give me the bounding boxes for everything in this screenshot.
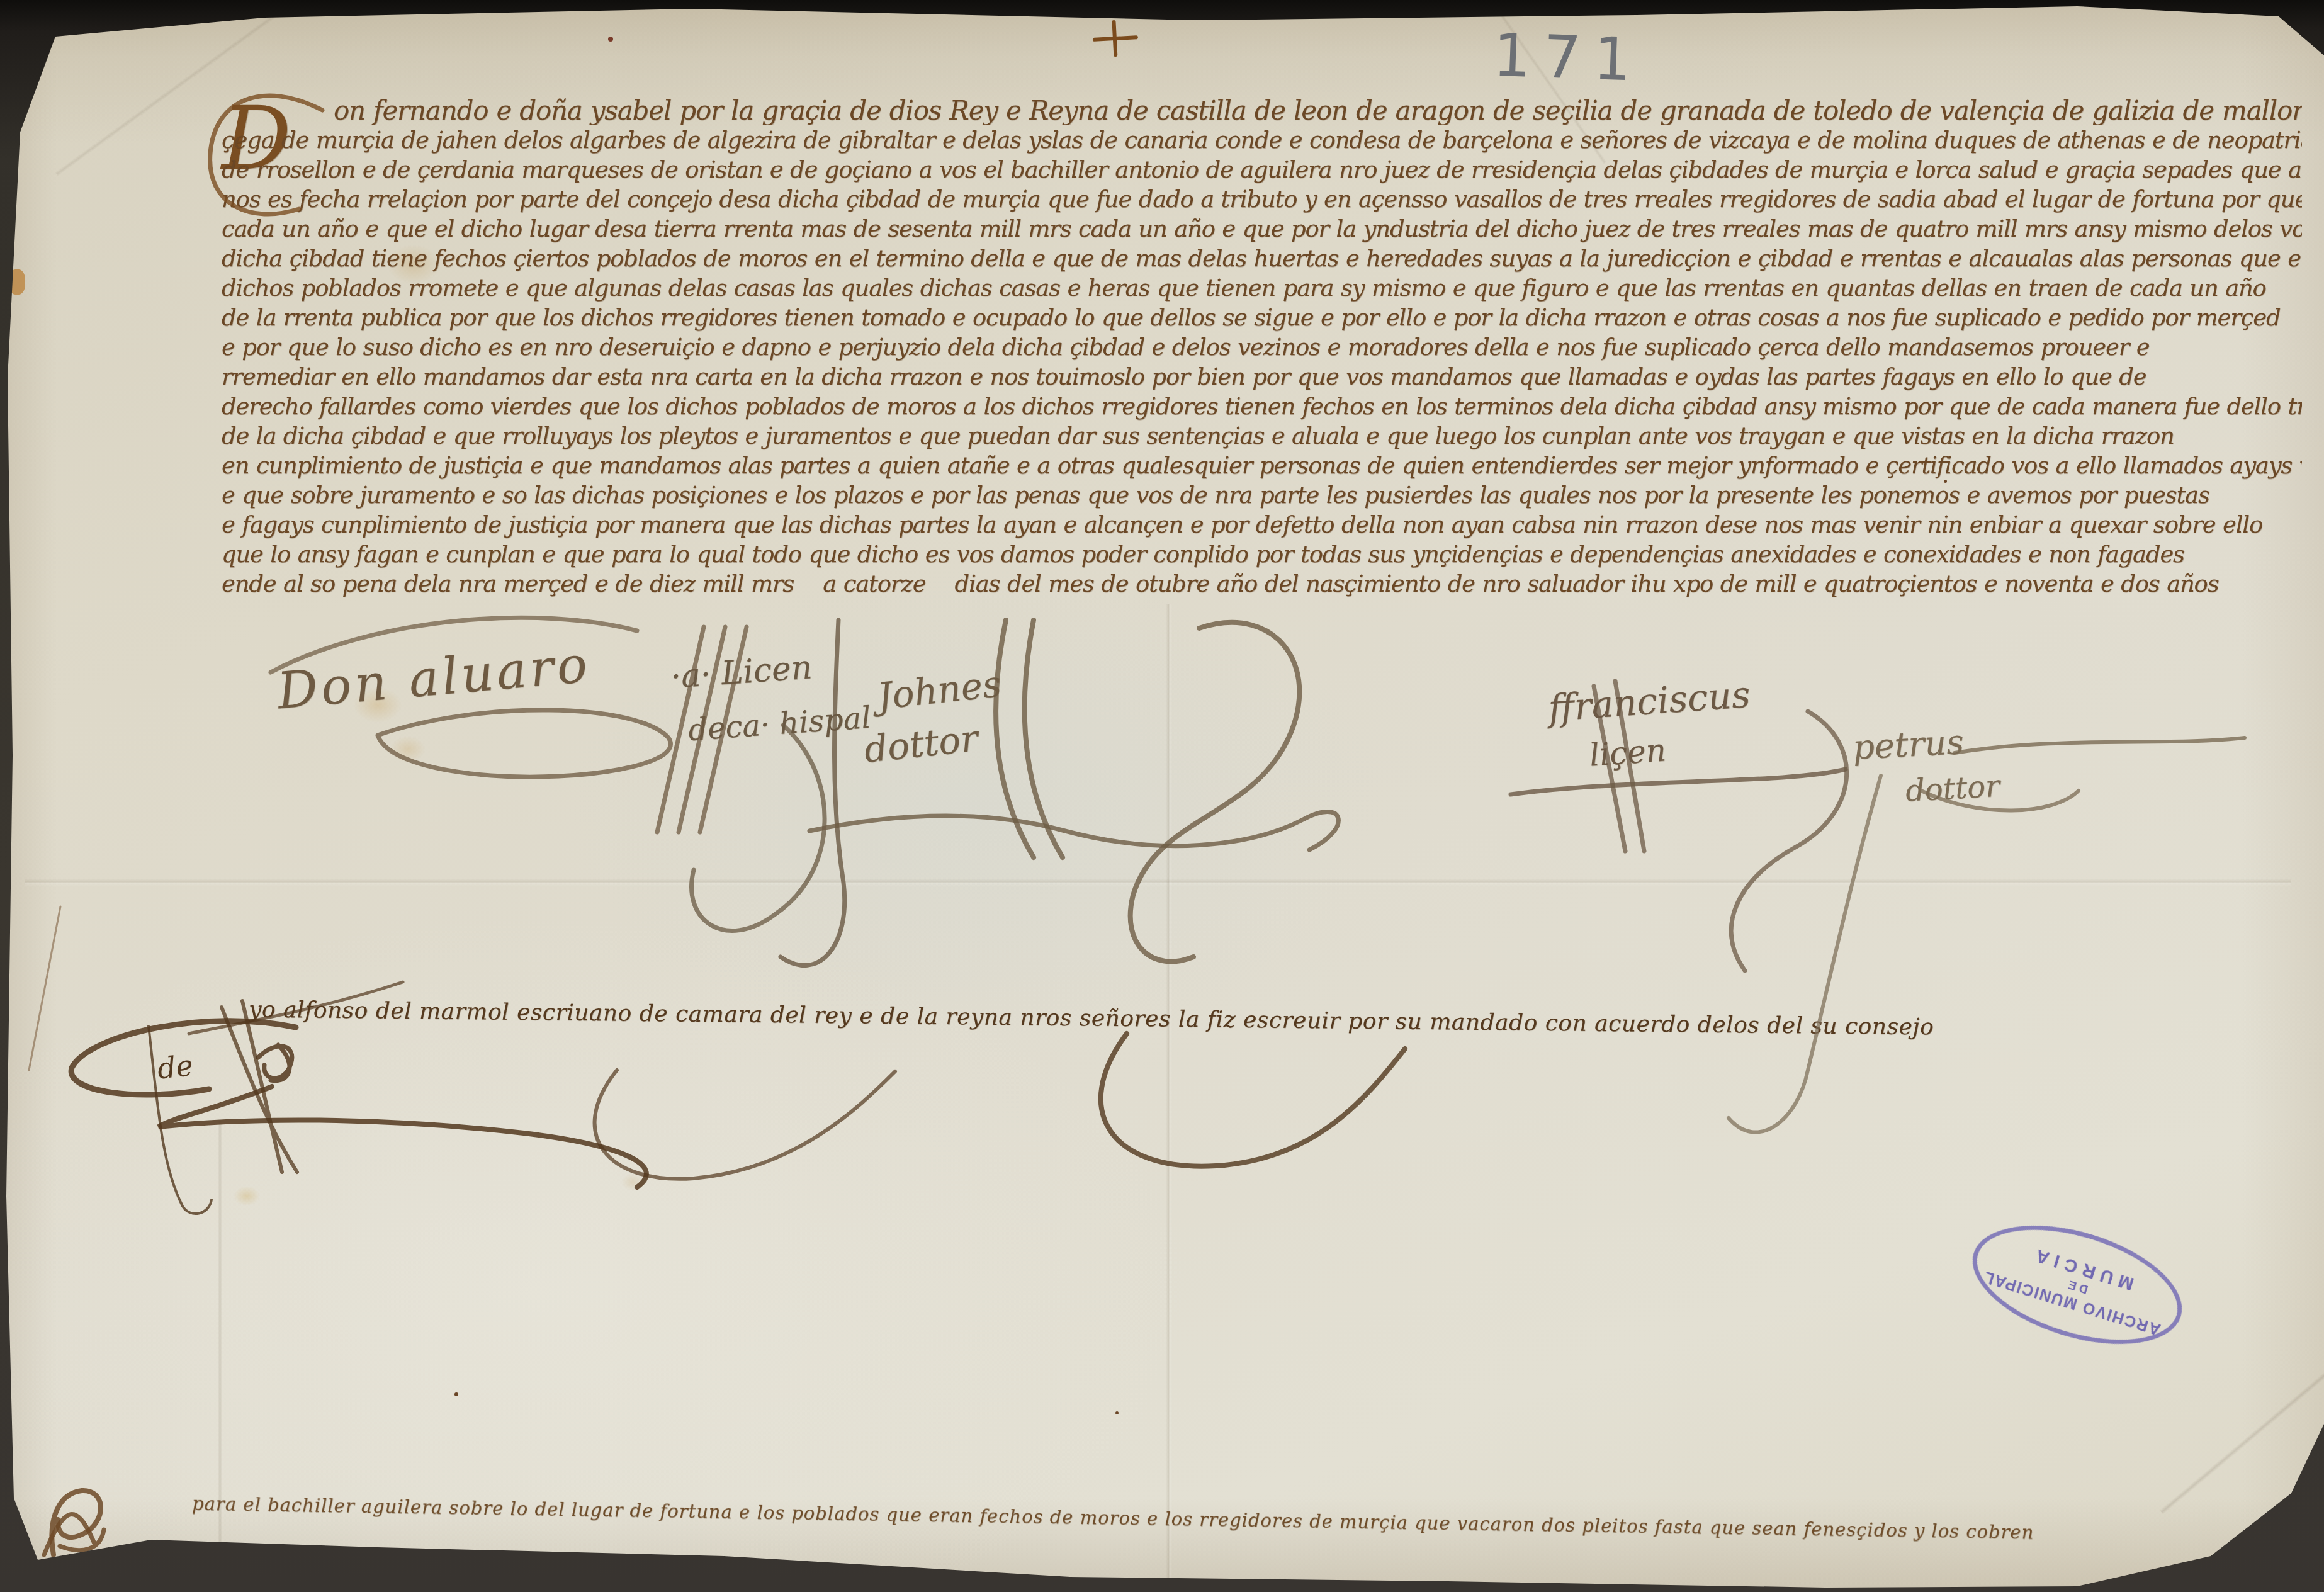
- invocation-cross-mark: [1091, 19, 1139, 60]
- manuscript-line: e que sobre juramento e so las dichas po…: [222, 480, 2302, 510]
- photo-background: 171 D on fernando e doña ysabel por la g…: [0, 0, 2324, 1592]
- signature-johannes-doctor: Johnes dottor: [876, 662, 1009, 769]
- signature-text: dottor: [862, 714, 1008, 771]
- signature-don-alvaro: Don aluaro: [275, 635, 592, 720]
- archive-stamp: ARCHIVO MUNICIPAL DE MURCIA: [1958, 1203, 2196, 1366]
- ink-speck: [1115, 1411, 1119, 1414]
- signature-text: petrus: [1852, 720, 1999, 767]
- diagonal-crease-bottom-right: [2160, 1324, 2324, 1515]
- vertical-fold-crease-center: [1166, 604, 1172, 1586]
- horizontal-fold-crease: [25, 879, 2291, 886]
- signature-franciscus-licenciatus: ffranciscus liçen: [1547, 673, 1754, 776]
- signature-licenciatus-decanus: ·a· Licen deca· hispal: [669, 645, 872, 748]
- ink-speck: [1944, 480, 1947, 483]
- manuscript-line: e fagays cunplimiento de justiçia por ma…: [222, 510, 2302, 539]
- manuscript-line: nos es fecha rrelaçion por parte del con…: [222, 184, 2302, 214]
- signature-petrus-doctor: petrus dottor: [1852, 720, 2001, 811]
- manuscript-line: derecho fallardes como vierdes que los d…: [222, 392, 2302, 421]
- ink-speck: [608, 37, 613, 42]
- manuscript-line: en cunplimiento de justiçia e que mandam…: [222, 451, 2302, 480]
- manuscript-line: dicha çibdad tiene fechos çiertos poblad…: [222, 244, 2302, 273]
- signature-text: Don aluaro: [275, 635, 592, 720]
- manuscript-line: que lo ansy fagan e cunplan e que para l…: [222, 539, 2302, 569]
- signature-text: liçen: [1588, 726, 1755, 774]
- docket-summary-line: para el bachiller aguilera sobre lo del …: [192, 1493, 2304, 1548]
- manuscript-line: e por que lo suso dicho es en nro deseru…: [222, 332, 2302, 362]
- manuscript-line: on fernando e doña ysabel por la graçia …: [222, 96, 2302, 125]
- signature-text: deca· hispal: [687, 700, 872, 748]
- signature-text: ffranciscus: [1547, 673, 1751, 730]
- signature-text: Johnes: [876, 662, 1003, 718]
- manuscript-text-block: on fernando e doña ysabel por la graçia …: [222, 96, 2302, 609]
- scribe-paraph-text: de: [155, 1048, 195, 1086]
- manuscript-line: rremediar en ello mandamos dar esta nra …: [222, 362, 2302, 392]
- manuscript-line: de la rrenta publica por que los dichos …: [222, 303, 2302, 332]
- signature-text: dottor: [1905, 769, 2001, 809]
- ink-speck: [946, 404, 949, 407]
- edge-stain: [9, 269, 25, 295]
- vertical-fold-crease-left: [218, 1121, 222, 1586]
- manuscript-line: de rrosellon e de çerdania marqueses de …: [222, 155, 2302, 184]
- ink-speck: [454, 1392, 458, 1396]
- manuscript-line: cada un año e que el dicho lugar desa ti…: [222, 214, 2302, 244]
- manuscript-line: çega de murçia de jahen delos algarbes d…: [222, 125, 2302, 155]
- scribe-subscription-line: yo alfonso del marmol escriuano de camar…: [249, 996, 1999, 1041]
- manuscript-line: de la dicha çibdad e que rrolluyays los …: [222, 421, 2302, 451]
- archive-folio-number: 171: [1492, 21, 1645, 95]
- signature-text: ·a· Licen: [669, 645, 868, 696]
- manuscript-page: 171 D on fernando e doña ysabel por la g…: [0, 0, 2324, 1592]
- manuscript-line: ende al so pena dela nra merçed e de die…: [222, 569, 2302, 599]
- manuscript-line: dichos poblados rromete e que algunas de…: [222, 273, 2302, 303]
